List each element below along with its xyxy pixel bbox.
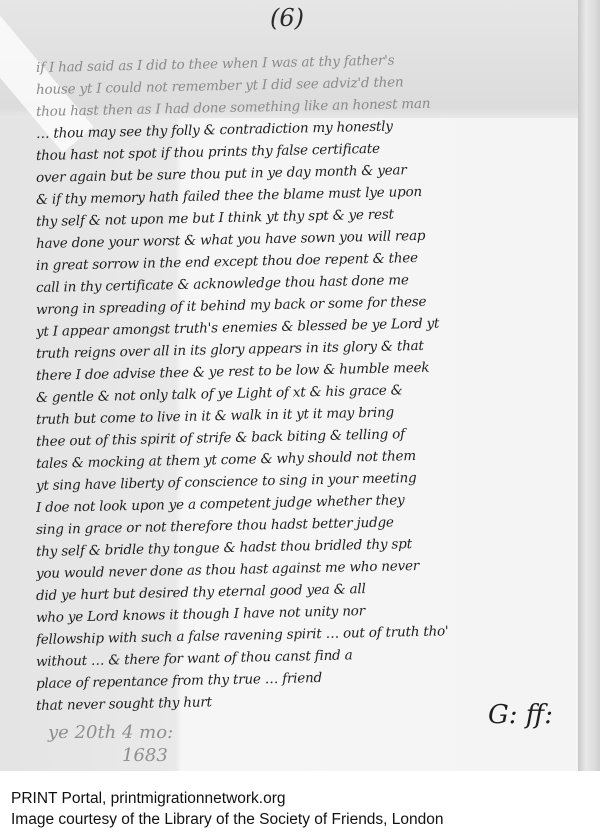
signature: G: ff: (488, 700, 553, 730)
caption-source: PRINT Portal, printmigrationnetwork.org (11, 788, 444, 809)
image-caption: PRINT Portal, printmigrationnetwork.org … (11, 788, 444, 830)
year: 1683 (122, 745, 168, 766)
date-line: ye 20th 4 mo: (48, 722, 173, 743)
manuscript-scan: (6) if I had said as I did to thee when … (0, 0, 600, 771)
page-fold-edge (578, 0, 600, 771)
page-number: (6) (270, 4, 304, 32)
caption-credit: Image courtesy of the Library of the Soc… (11, 809, 444, 830)
